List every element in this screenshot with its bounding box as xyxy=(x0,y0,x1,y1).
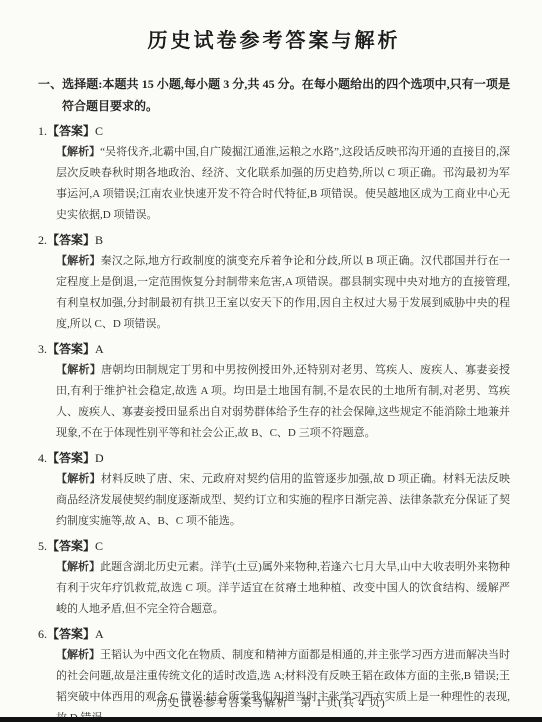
analysis-paragraph: 【解析】王韬认为中西文化在物质、制度和精神方面都是相通的,并主张学习西方进而解决… xyxy=(56,645,510,722)
answer-label: 【答案】 xyxy=(47,627,95,641)
analysis-paragraph: 【解析】唐朝均田制规定丁男和中男按例授田外,还特别对老男、笃疾人、废疾人、寡妻妾… xyxy=(56,360,510,444)
answer-line: 6.【答案】A xyxy=(38,624,510,645)
question-number: 2. xyxy=(38,233,47,247)
section-heading: 一、选择题:本题共 15 小题,每小题 3 分,共 45 分。在每小题给出的四个… xyxy=(38,73,510,117)
analysis-paragraph: 【解析】材料反映了唐、宋、元政府对契约信用的监管逐步加强,故 D 项正确。材料无… xyxy=(56,469,510,532)
question-number: 1. xyxy=(38,124,47,138)
answer-label: 【答案】 xyxy=(47,124,95,138)
answer-label: 【答案】 xyxy=(47,342,95,356)
answer-letter: A xyxy=(95,627,104,641)
question-number: 3. xyxy=(38,342,47,356)
exam-answer-sheet-page: 历史试卷参考答案与解析 一、选择题:本题共 15 小题,每小题 3 分,共 45… xyxy=(0,0,542,722)
analysis-label: 【解析】 xyxy=(56,146,100,158)
answer-letter: A xyxy=(95,342,104,356)
answer-label: 【答案】 xyxy=(47,539,95,553)
question-number: 5. xyxy=(38,539,47,553)
answer-line: 4.【答案】D xyxy=(38,448,510,469)
answer-label: 【答案】 xyxy=(47,451,95,465)
answer-letter: C xyxy=(95,539,103,553)
question-number: 4. xyxy=(38,451,47,465)
answer-line: 5.【答案】C xyxy=(38,536,510,557)
answer-line: 1.【答案】C xyxy=(38,121,510,142)
question-block-2: 2.【答案】B 【解析】秦汉之际,地方行政制度的演变充斥着争论和分歧,所以 B … xyxy=(38,230,510,335)
analysis-text: 此题含湖北历史元素。洋芋(土豆)属外来物种,若逢六七月大旱,山中大收表明外来物种… xyxy=(56,561,510,615)
analysis-text: 秦汉之际,地方行政制度的演变充斥着争论和分歧,所以 B 项正确。汉代郡国并行在一… xyxy=(56,255,510,330)
analysis-label: 【解析】 xyxy=(56,649,100,661)
page-footer: 历史试卷参考答案与解析 第 1 页(共 4 页) xyxy=(0,694,542,710)
analysis-text: 唐朝均田制规定丁男和中男按例授田外,还特别对老男、笃疾人、废疾人、寡妻妾授田,有… xyxy=(56,364,510,439)
analysis-label: 【解析】 xyxy=(56,561,100,573)
analysis-paragraph: 【解析】秦汉之际,地方行政制度的演变充斥着争论和分歧,所以 B 项正确。汉代郡国… xyxy=(56,251,510,335)
analysis-text: “吴将伐齐,北霸中国,自广陵掘江通淮,运粮之水路”,这段话反映邗沟开通的直接目的… xyxy=(56,146,510,221)
page-title: 历史试卷参考答案与解析 xyxy=(38,24,510,53)
page-content: 历史试卷参考答案与解析 一、选择题:本题共 15 小题,每小题 3 分,共 45… xyxy=(0,0,542,722)
analysis-label: 【解析】 xyxy=(56,255,101,267)
answer-line: 3.【答案】A xyxy=(38,339,510,360)
answer-letter: D xyxy=(95,451,104,465)
question-block-1: 1.【答案】C 【解析】“吴将伐齐,北霸中国,自广陵掘江通淮,运粮之水路”,这段… xyxy=(38,121,510,226)
question-block-4: 4.【答案】D 【解析】材料反映了唐、宋、元政府对契约信用的监管逐步加强,故 D… xyxy=(38,448,510,532)
analysis-text: 王韬认为中西文化在物质、制度和精神方面都是相通的,并主张学习西方进而解决当时的社… xyxy=(56,649,510,722)
answer-letter: C xyxy=(95,124,103,138)
scan-edge-bar xyxy=(0,717,542,722)
analysis-text: 材料反映了唐、宋、元政府对契约信用的监管逐步加强,故 D 项正确。材料无法反映商… xyxy=(56,473,510,527)
answer-line: 2.【答案】B xyxy=(38,230,510,251)
answer-label: 【答案】 xyxy=(47,233,95,247)
question-block-5: 5.【答案】C 【解析】此题含湖北历史元素。洋芋(土豆)属外来物种,若逢六七月大… xyxy=(38,536,510,620)
analysis-label: 【解析】 xyxy=(56,473,101,485)
question-number: 6. xyxy=(38,627,47,641)
analysis-paragraph: 【解析】“吴将伐齐,北霸中国,自广陵掘江通淮,运粮之水路”,这段话反映邗沟开通的… xyxy=(56,142,510,226)
answer-letter: B xyxy=(95,233,103,247)
analysis-paragraph: 【解析】此题含湖北历史元素。洋芋(土豆)属外来物种,若逢六七月大旱,山中大收表明… xyxy=(56,557,510,620)
question-block-3: 3.【答案】A 【解析】唐朝均田制规定丁男和中男按例授田外,还特别对老男、笃疾人… xyxy=(38,339,510,444)
analysis-label: 【解析】 xyxy=(56,364,101,376)
